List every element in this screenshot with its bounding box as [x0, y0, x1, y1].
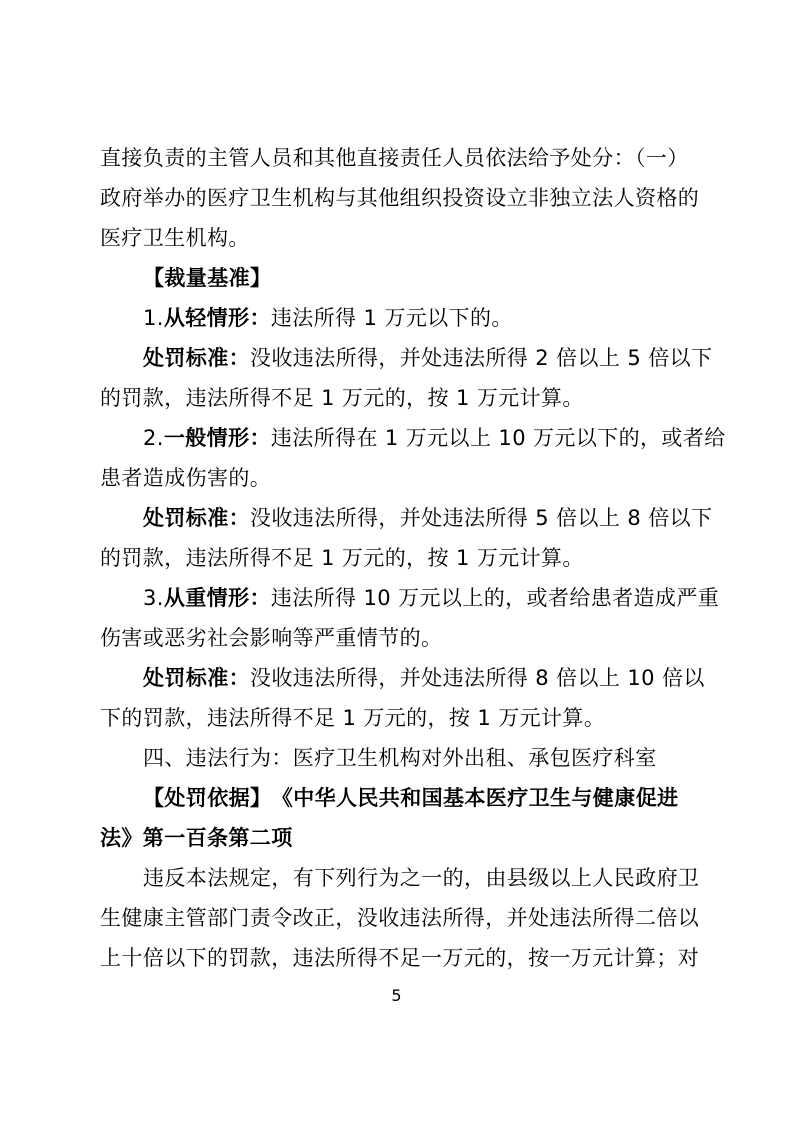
text-segment: 下的罚款，违法所得不足 1 万元的，按 1 万元计算。 [100, 706, 605, 730]
text-segment-bold: 一般情形： [164, 426, 271, 450]
text-line: 1.从轻情形：违法所得 1 万元以下的。 [100, 298, 706, 338]
document-page: 直接负责的主管人员和其他直接责任人员依法给予处分：（一）政府举办的医疗卫生机构与… [0, 0, 793, 1122]
text-line: 的罚款，违法所得不足 1 万元的，按 1 万元计算。 [100, 538, 706, 578]
text-segment: 生健康主管部门责令改正，没收违法所得，并处违法所得二倍以 [100, 906, 699, 930]
text-line: 直接负责的主管人员和其他直接责任人员依法给予处分：（一） [100, 138, 706, 178]
text-segment: 患者造成伤害的。 [100, 466, 271, 490]
text-segment-bold: 法》第一百条第二项 [100, 826, 293, 850]
text-line: 下的罚款，违法所得不足 1 万元的，按 1 万元计算。 [100, 698, 706, 738]
text-line: 的罚款，违法所得不足 1 万元的，按 1 万元计算。 [100, 378, 706, 418]
text-line: 3.从重情形：违法所得 10 万元以上的，或者给患者造成严重 [100, 578, 706, 618]
text-line: 四、违法行为：医疗卫生机构对外出租、承包医疗科室 [100, 738, 706, 778]
text-line: 法》第一百条第二项 [100, 818, 706, 858]
text-segment: 伤害或恶劣社会影响等严重情节的。 [100, 626, 442, 650]
text-line: 患者造成伤害的。 [100, 458, 706, 498]
text-segment: 上十倍以下的罚款，违法所得不足一万元的，按一万元计算；对 [100, 946, 699, 970]
text-line: 2.一般情形：违法所得在 1 万元以上 10 万元以下的，或者给 [100, 418, 706, 458]
text-line: 上十倍以下的罚款，违法所得不足一万元的，按一万元计算；对 [100, 938, 706, 978]
text-segment: 违法所得 1 万元以下的。 [271, 306, 513, 330]
text-line: 处罚标准：没收违法所得，并处违法所得 5 倍以上 8 倍以下 [100, 498, 706, 538]
text-segment: 没收违法所得，并处违法所得 5 倍以上 8 倍以下 [250, 506, 712, 530]
text-line: 政府举办的医疗卫生机构与其他组织投资设立非独立法人资格的 [100, 178, 706, 218]
text-line: 伤害或恶劣社会影响等严重情节的。 [100, 618, 706, 658]
text-segment: 没收违法所得，并处违法所得 8 倍以上 10 倍以 [250, 666, 705, 690]
text-line: 违反本法规定，有下列行为之一的，由县级以上人民政府卫 [100, 858, 706, 898]
text-line: 【裁量基准】 [100, 258, 706, 298]
text-segment: 没收违法所得，并处违法所得 2 倍以上 5 倍以下 [250, 346, 712, 370]
text-line: 处罚标准：没收违法所得，并处违法所得 2 倍以上 5 倍以下 [100, 338, 706, 378]
text-segment: 违法所得在 1 万元以上 10 万元以下的，或者给 [271, 426, 726, 450]
text-segment: 四、违法行为：医疗卫生机构对外出租、承包医疗科室 [143, 746, 657, 770]
text-segment: 违法所得 10 万元以上的，或者给患者造成严重 [271, 586, 719, 610]
text-line: 处罚标准：没收违法所得，并处违法所得 8 倍以上 10 倍以 [100, 658, 706, 698]
text-segment: 2. [143, 426, 164, 450]
text-segment-bold: 处罚标准： [143, 506, 250, 530]
text-segment: 的罚款，违法所得不足 1 万元的，按 1 万元计算。 [100, 546, 584, 570]
text-segment: 违反本法规定，有下列行为之一的，由县级以上人民政府卫 [143, 866, 699, 890]
document-body: 直接负责的主管人员和其他直接责任人员依法给予处分：（一）政府举办的医疗卫生机构与… [100, 138, 706, 978]
text-segment-bold: 处罚标准： [143, 666, 250, 690]
text-segment: 医疗卫生机构。 [100, 226, 250, 250]
text-line: 【处罚依据】 《中华人民共和国基本医疗卫生与健康促进 [100, 778, 706, 818]
text-segment: 3. [143, 586, 164, 610]
text-segment: 1. [143, 306, 164, 330]
text-segment-bold: 【裁量基准】 [143, 266, 271, 290]
text-segment: 政府举办的医疗卫生机构与其他组织投资设立非独立法人资格的 [100, 186, 699, 210]
text-segment-bold: 【处罚依据】 《中华人民共和国基本医疗卫生与健康促进 [143, 786, 678, 810]
text-segment-bold: 从轻情形： [164, 306, 271, 330]
text-segment-bold: 处罚标准： [143, 346, 250, 370]
text-line: 生健康主管部门责令改正，没收违法所得，并处违法所得二倍以 [100, 898, 706, 938]
text-line: 医疗卫生机构。 [100, 218, 706, 258]
page-number: 5 [0, 986, 793, 1006]
text-segment-bold: 从重情形： [164, 586, 271, 610]
text-segment: 的罚款，违法所得不足 1 万元的，按 1 万元计算。 [100, 386, 584, 410]
text-segment: 直接负责的主管人员和其他直接责任人员依法给予处分：（一） [100, 146, 689, 170]
